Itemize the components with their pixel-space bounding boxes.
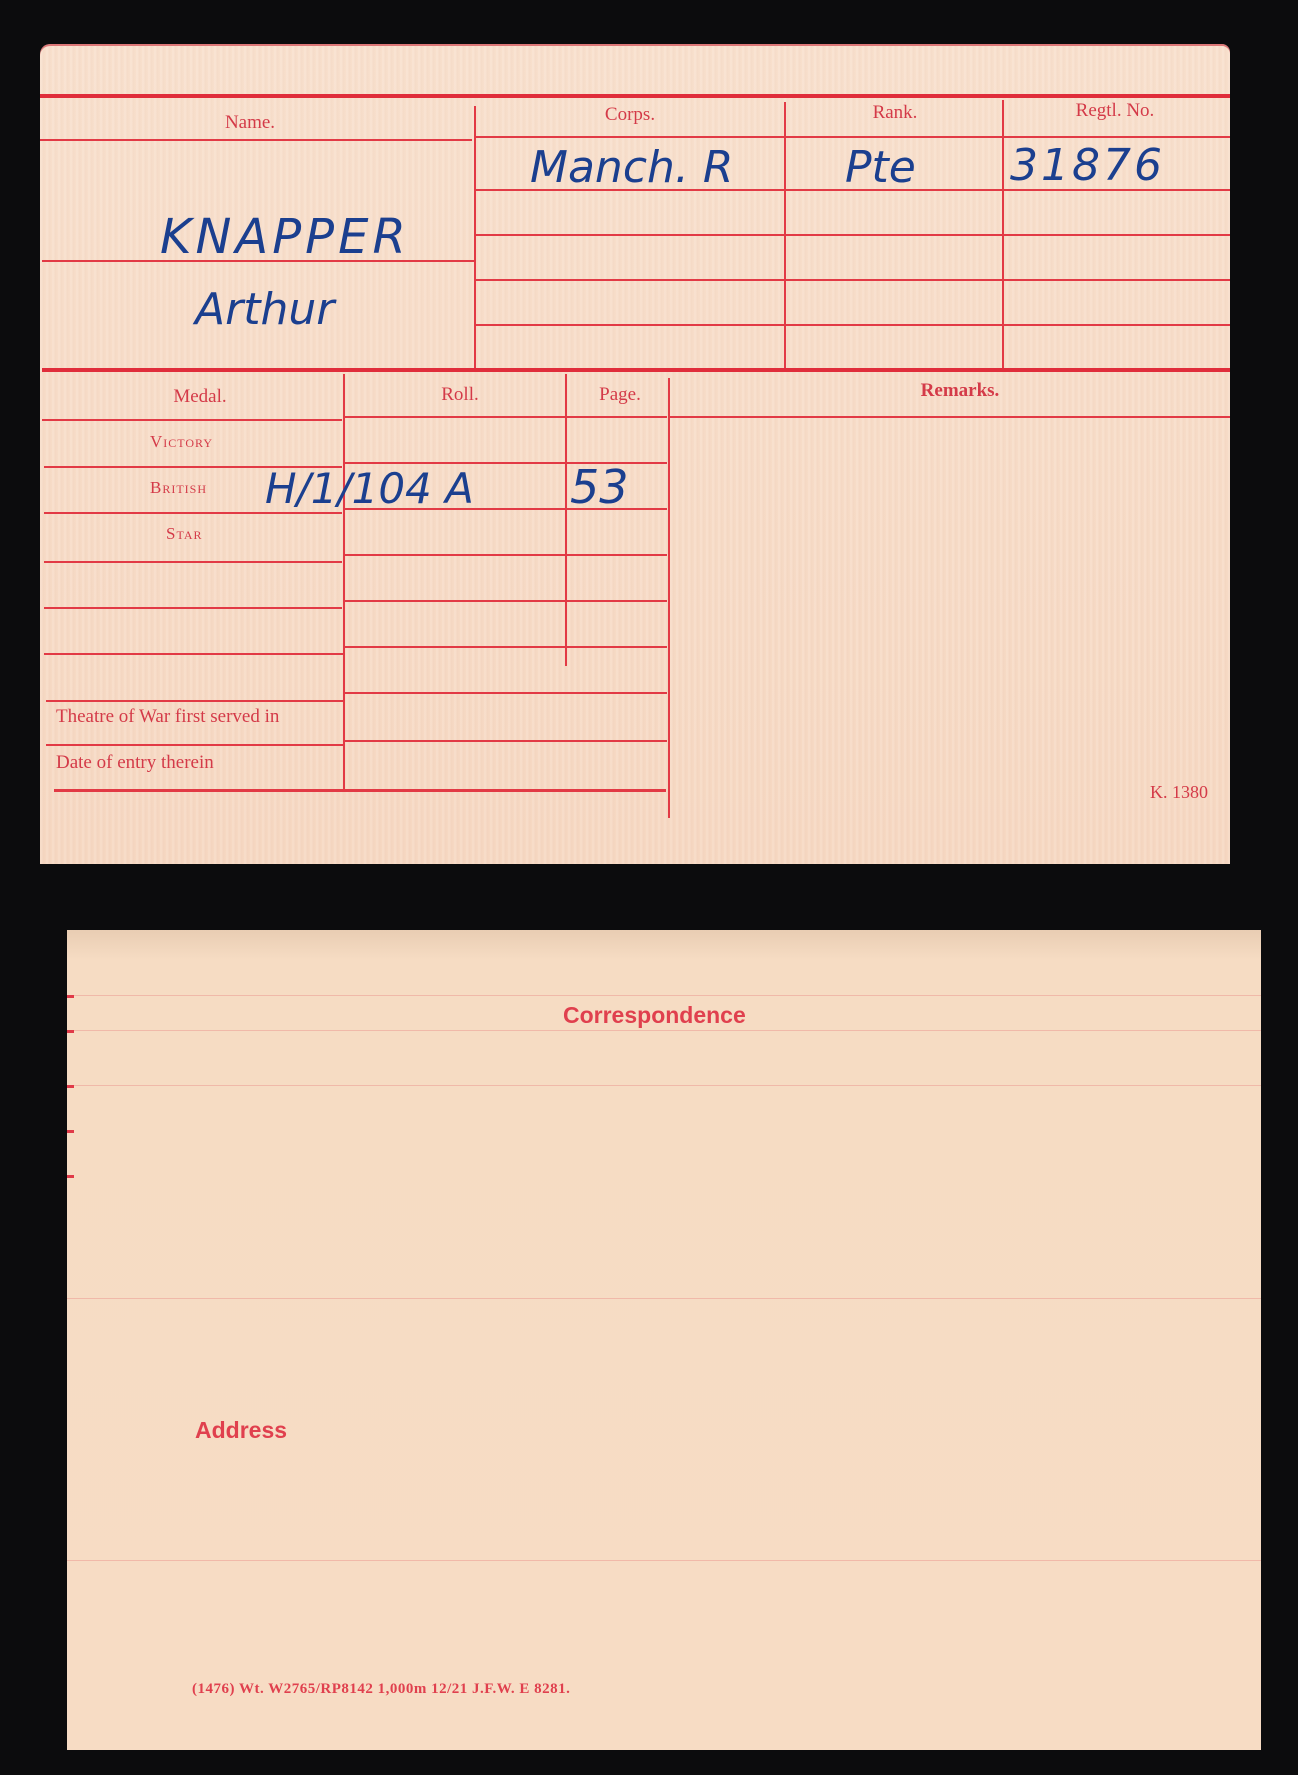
date-rule <box>46 744 344 746</box>
remarks-rule <box>670 416 1230 418</box>
faint-rule <box>67 1298 1261 1299</box>
header-medal: Medal. <box>150 386 250 408</box>
section-rule <box>42 368 1230 372</box>
header-remarks: Remarks. <box>890 380 1030 402</box>
faint-rule <box>67 995 1261 996</box>
medal-rule <box>345 646 667 648</box>
handwritten-page: 53 <box>570 460 629 514</box>
faint-rule <box>67 1030 1261 1031</box>
handwritten-rank: Pte <box>845 142 916 193</box>
theatre-label: Theatre of War first served in <box>56 706 279 728</box>
top-rule <box>40 94 1230 98</box>
header-roll: Roll. <box>410 384 510 406</box>
name-rule <box>40 139 472 141</box>
medal-rule <box>44 653 344 655</box>
divider-page-remarks <box>668 378 670 818</box>
address-heading: Address <box>195 1417 287 1444</box>
medal-british: British <box>150 478 207 498</box>
medal-victory: Victory <box>150 432 213 452</box>
row-rule <box>476 279 1230 281</box>
divider-name-corps <box>474 106 476 368</box>
handwritten-corps: Manch. R <box>530 142 733 193</box>
header-page: Page. <box>580 384 660 406</box>
margin-tick <box>67 995 74 998</box>
handwritten-forename: Arthur <box>195 284 334 335</box>
bottom-rule <box>54 789 666 792</box>
header-name: Name. <box>180 112 320 134</box>
medal-rule <box>42 419 342 421</box>
medal-rule <box>345 416 667 418</box>
header-rank: Rank. <box>830 102 960 124</box>
theatre-rule <box>345 692 667 694</box>
medal-index-card-front: Name. Corps. Rank. Regtl. No. KNAPPER Ar… <box>40 44 1230 864</box>
margin-tick <box>67 1130 74 1133</box>
handwritten-roll: H/1/104 A <box>265 464 474 513</box>
handwritten-surname: KNAPPER <box>160 209 410 265</box>
header-regtl-no: Regtl. No. <box>1040 100 1190 122</box>
correspondence-heading: Correspondence <box>563 1002 746 1029</box>
medal-rule <box>345 600 667 602</box>
medal-rule <box>44 607 342 609</box>
theatre-rule <box>46 700 344 702</box>
date-entry-label: Date of entry therein <box>56 752 214 774</box>
divider-medal-roll <box>343 374 345 792</box>
date-rule <box>345 740 667 742</box>
margin-tick <box>67 1030 74 1033</box>
medal-index-card-back: Correspondence Address (1476) Wt. W2765/… <box>67 930 1261 1750</box>
row-rule <box>476 136 1230 138</box>
printer-imprint: (1476) Wt. W2765/RP8142 1,000m 12/21 J.F… <box>192 1681 570 1698</box>
faint-rule <box>67 1560 1261 1561</box>
header-corps: Corps. <box>560 104 700 126</box>
faint-rule <box>67 1085 1261 1086</box>
margin-tick <box>67 1175 74 1178</box>
medal-rule <box>44 561 342 563</box>
margin-tick <box>67 1085 74 1088</box>
medal-star: Star <box>166 524 203 544</box>
row-rule <box>476 234 1230 236</box>
form-code: K. 1380 <box>1150 782 1208 803</box>
handwritten-regtl-no: 31876 <box>1010 140 1165 191</box>
row-rule <box>476 324 1230 326</box>
medal-rule <box>345 554 667 556</box>
